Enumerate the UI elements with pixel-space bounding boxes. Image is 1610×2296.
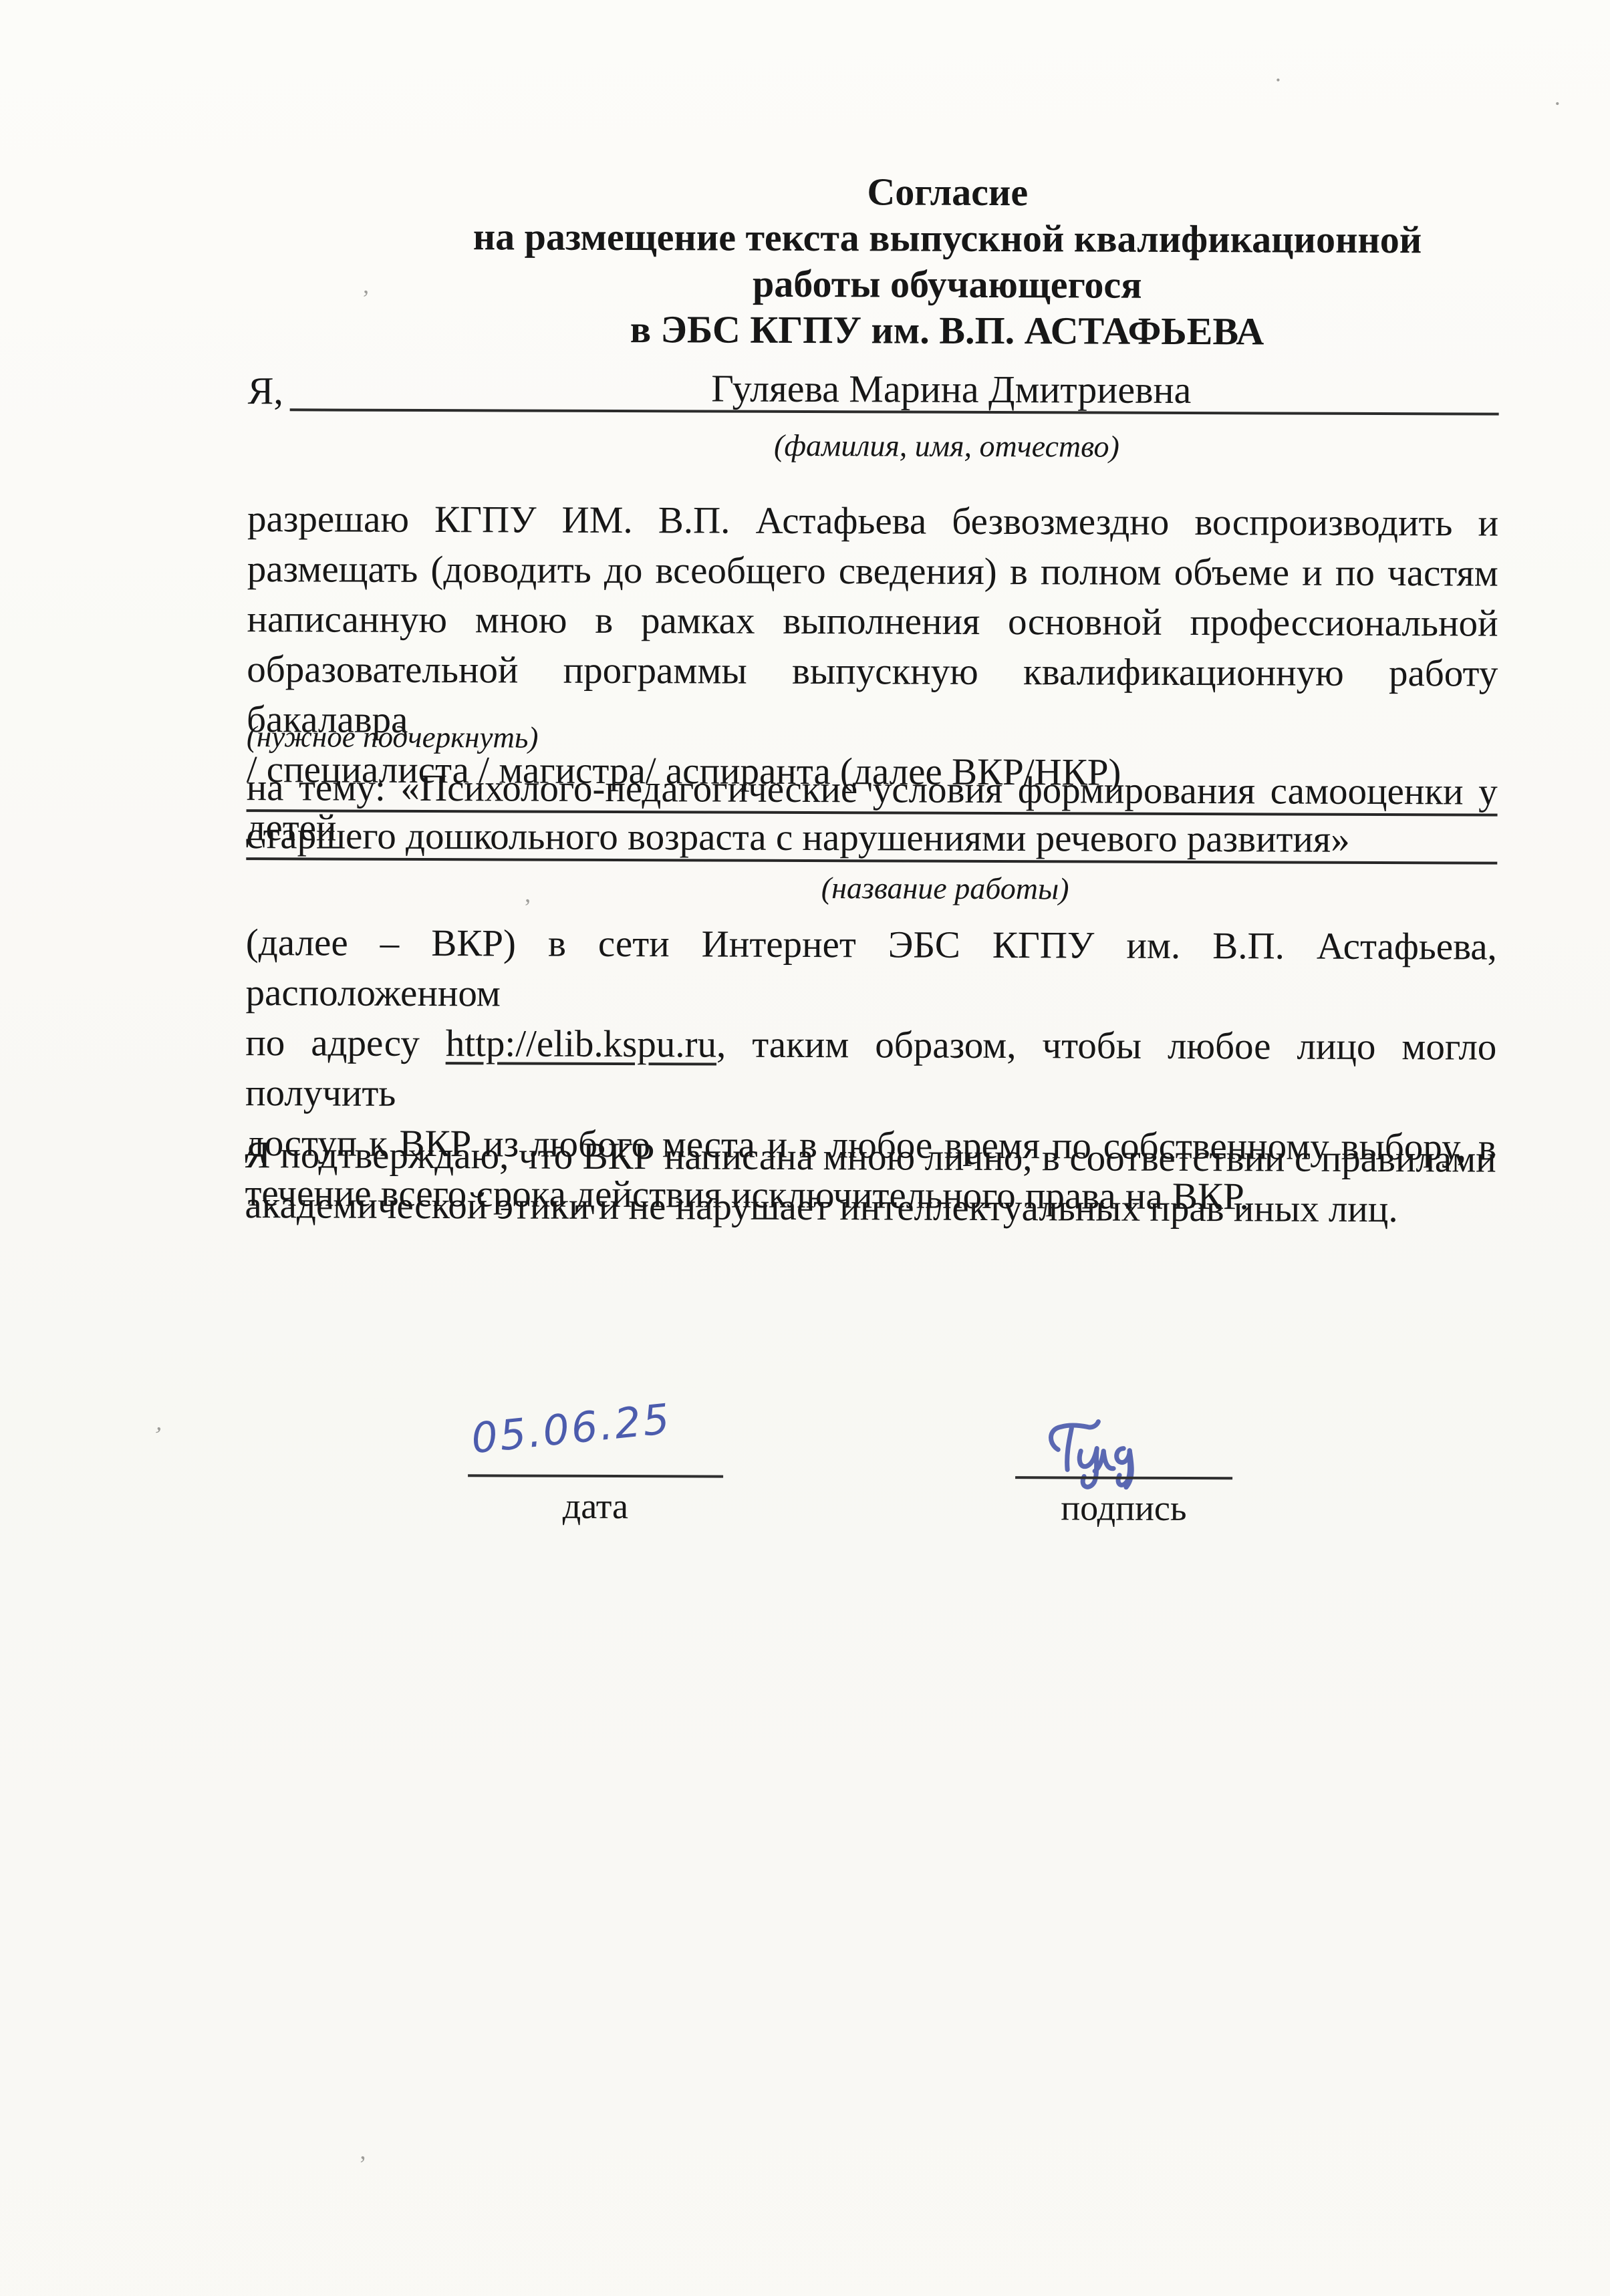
underline-as-needed-note: (нужное подчеркнуть) bbox=[247, 720, 539, 754]
scanned-consent-document: Согласие на размещение текста выпускной … bbox=[0, 0, 1610, 2296]
handwritten-date: 05.06.25 bbox=[469, 1394, 674, 1463]
work-title-caption: (название работы) bbox=[319, 868, 1571, 908]
confirmation-paragraph: Я подтверждаю, что ВКР написана мною лич… bbox=[245, 1130, 1496, 1235]
declarant-line: Я, Гуляева Марина Дмитриевна bbox=[248, 367, 1499, 416]
distribution-line: по адресу http://elib.kspu.ru, таким обр… bbox=[245, 1018, 1497, 1123]
title-line-ebs-kspu: в ЭБС КГПУ им. В.П. АСТАФЬЕВА bbox=[321, 305, 1573, 355]
fio-caption: (фамилия, имя, отчество) bbox=[321, 426, 1572, 466]
confirmation-line: Я подтверждаю, что ВКР написана мною лич… bbox=[245, 1130, 1496, 1185]
signature-label: подпись bbox=[1015, 1487, 1232, 1529]
thesis-topic-line-1: на тему: «Психолого-педагогические услов… bbox=[247, 768, 1498, 817]
title-line-student-work: работы обучающегося bbox=[321, 259, 1573, 309]
document-title: Согласие на размещение текста выпускной … bbox=[321, 166, 1573, 355]
scan-speck bbox=[150, 1421, 164, 1450]
permission-line: размещать (доводить до всеобщего сведени… bbox=[247, 544, 1498, 599]
distribution-line: (далее – ВКР) в сети Интернет ЭБС КГПУ и… bbox=[245, 917, 1497, 1022]
scan-speck bbox=[1553, 90, 1561, 118]
fio-field: Гуляева Марина Дмитриевна bbox=[290, 367, 1499, 415]
date-label: дата bbox=[468, 1485, 723, 1527]
title-line-consent: Согласие bbox=[322, 166, 1573, 217]
scan-speck bbox=[1274, 65, 1282, 94]
scan-speck bbox=[362, 285, 370, 313]
declarant-name: Гуляева Марина Дмитриевна bbox=[711, 367, 1191, 412]
thesis-topic-line-2: старшего дошкольного возраста с нарушени… bbox=[246, 816, 1497, 865]
elib-url-link: http://elib.kspu.ru bbox=[446, 1022, 717, 1065]
document-content: Согласие на размещение текста выпускной … bbox=[0, 0, 1610, 2296]
scan-speck bbox=[360, 2137, 366, 2165]
scan-speck bbox=[525, 880, 531, 908]
permission-line: разрешаю КГПУ ИМ. В.П. Астафьева безвозм… bbox=[247, 494, 1498, 549]
date-underline bbox=[468, 1474, 723, 1477]
declarant-prefix: Я, bbox=[248, 371, 290, 411]
permission-line: написанную мною в рамках выполнения осно… bbox=[247, 594, 1498, 649]
confirmation-line: академической этики и не нарушает интелл… bbox=[245, 1180, 1496, 1235]
title-line-placement: на размещение текста выпускной квалифика… bbox=[321, 212, 1573, 263]
url-prefix-text: по адресу bbox=[245, 1022, 446, 1064]
